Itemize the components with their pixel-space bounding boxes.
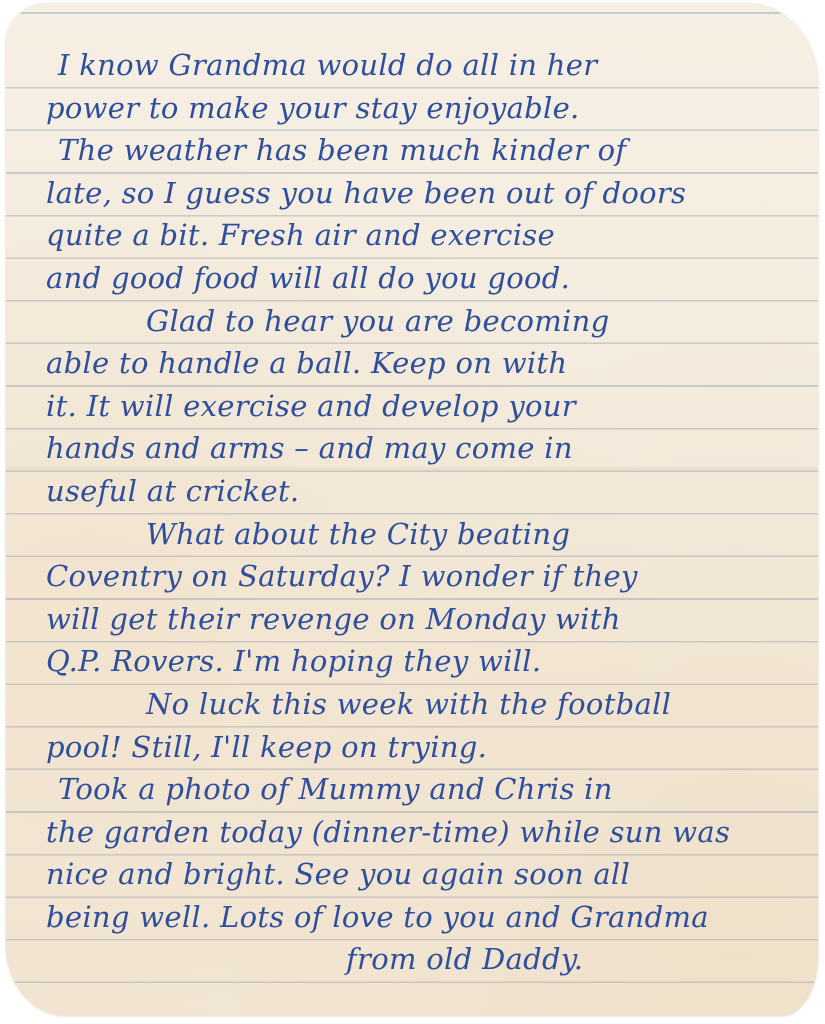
letter-line-8: able to handle a ball. Keep on with	[46, 342, 816, 385]
letter-line-12: What about the City beating	[46, 513, 816, 556]
letter-paper: I know Grandma would do all in her power…	[6, 4, 818, 1016]
handwritten-letter-body: I know Grandma would do all in her power…	[46, 44, 816, 981]
letter-line-19: the garden today (dinner-time) while sun…	[46, 811, 816, 854]
letter-line-2: power to make your stay enjoyable.	[46, 87, 816, 130]
letter-line-14: will get their revenge on Monday with	[46, 598, 816, 641]
letter-line-10: hands and arms – and may come in	[46, 427, 816, 470]
letter-line-13: Coventry on Saturday? I wonder if they	[46, 555, 816, 598]
letter-line-5: quite a bit. Fresh air and exercise	[46, 214, 816, 257]
letter-line-15: Q.P. Rovers. I'm hoping they will.	[46, 640, 816, 683]
letter-line-4: late, so I guess you have been out of do…	[46, 172, 816, 215]
letter-line-21: being well. Lots of love to you and Gran…	[46, 896, 816, 939]
letter-line-18: Took a photo of Mummy and Chris in	[46, 768, 816, 811]
letter-line-7: Glad to hear you are becoming	[46, 300, 816, 343]
letter-line-3: The weather has been much kinder of	[46, 129, 816, 172]
letter-signoff: from old Daddy.	[46, 938, 816, 981]
letter-line-17: pool! Still, I'll keep on trying.	[46, 726, 816, 769]
letter-line-16: No luck this week with the football	[46, 683, 816, 726]
letter-line-9: it. It will exercise and develop your	[46, 385, 816, 428]
letter-line-6: and good food will all do you good.	[46, 257, 816, 300]
letter-line-1: I know Grandma would do all in her	[46, 44, 816, 87]
letter-line-11: useful at cricket.	[46, 470, 816, 513]
letter-line-20: nice and bright. See you again soon all	[46, 853, 816, 896]
